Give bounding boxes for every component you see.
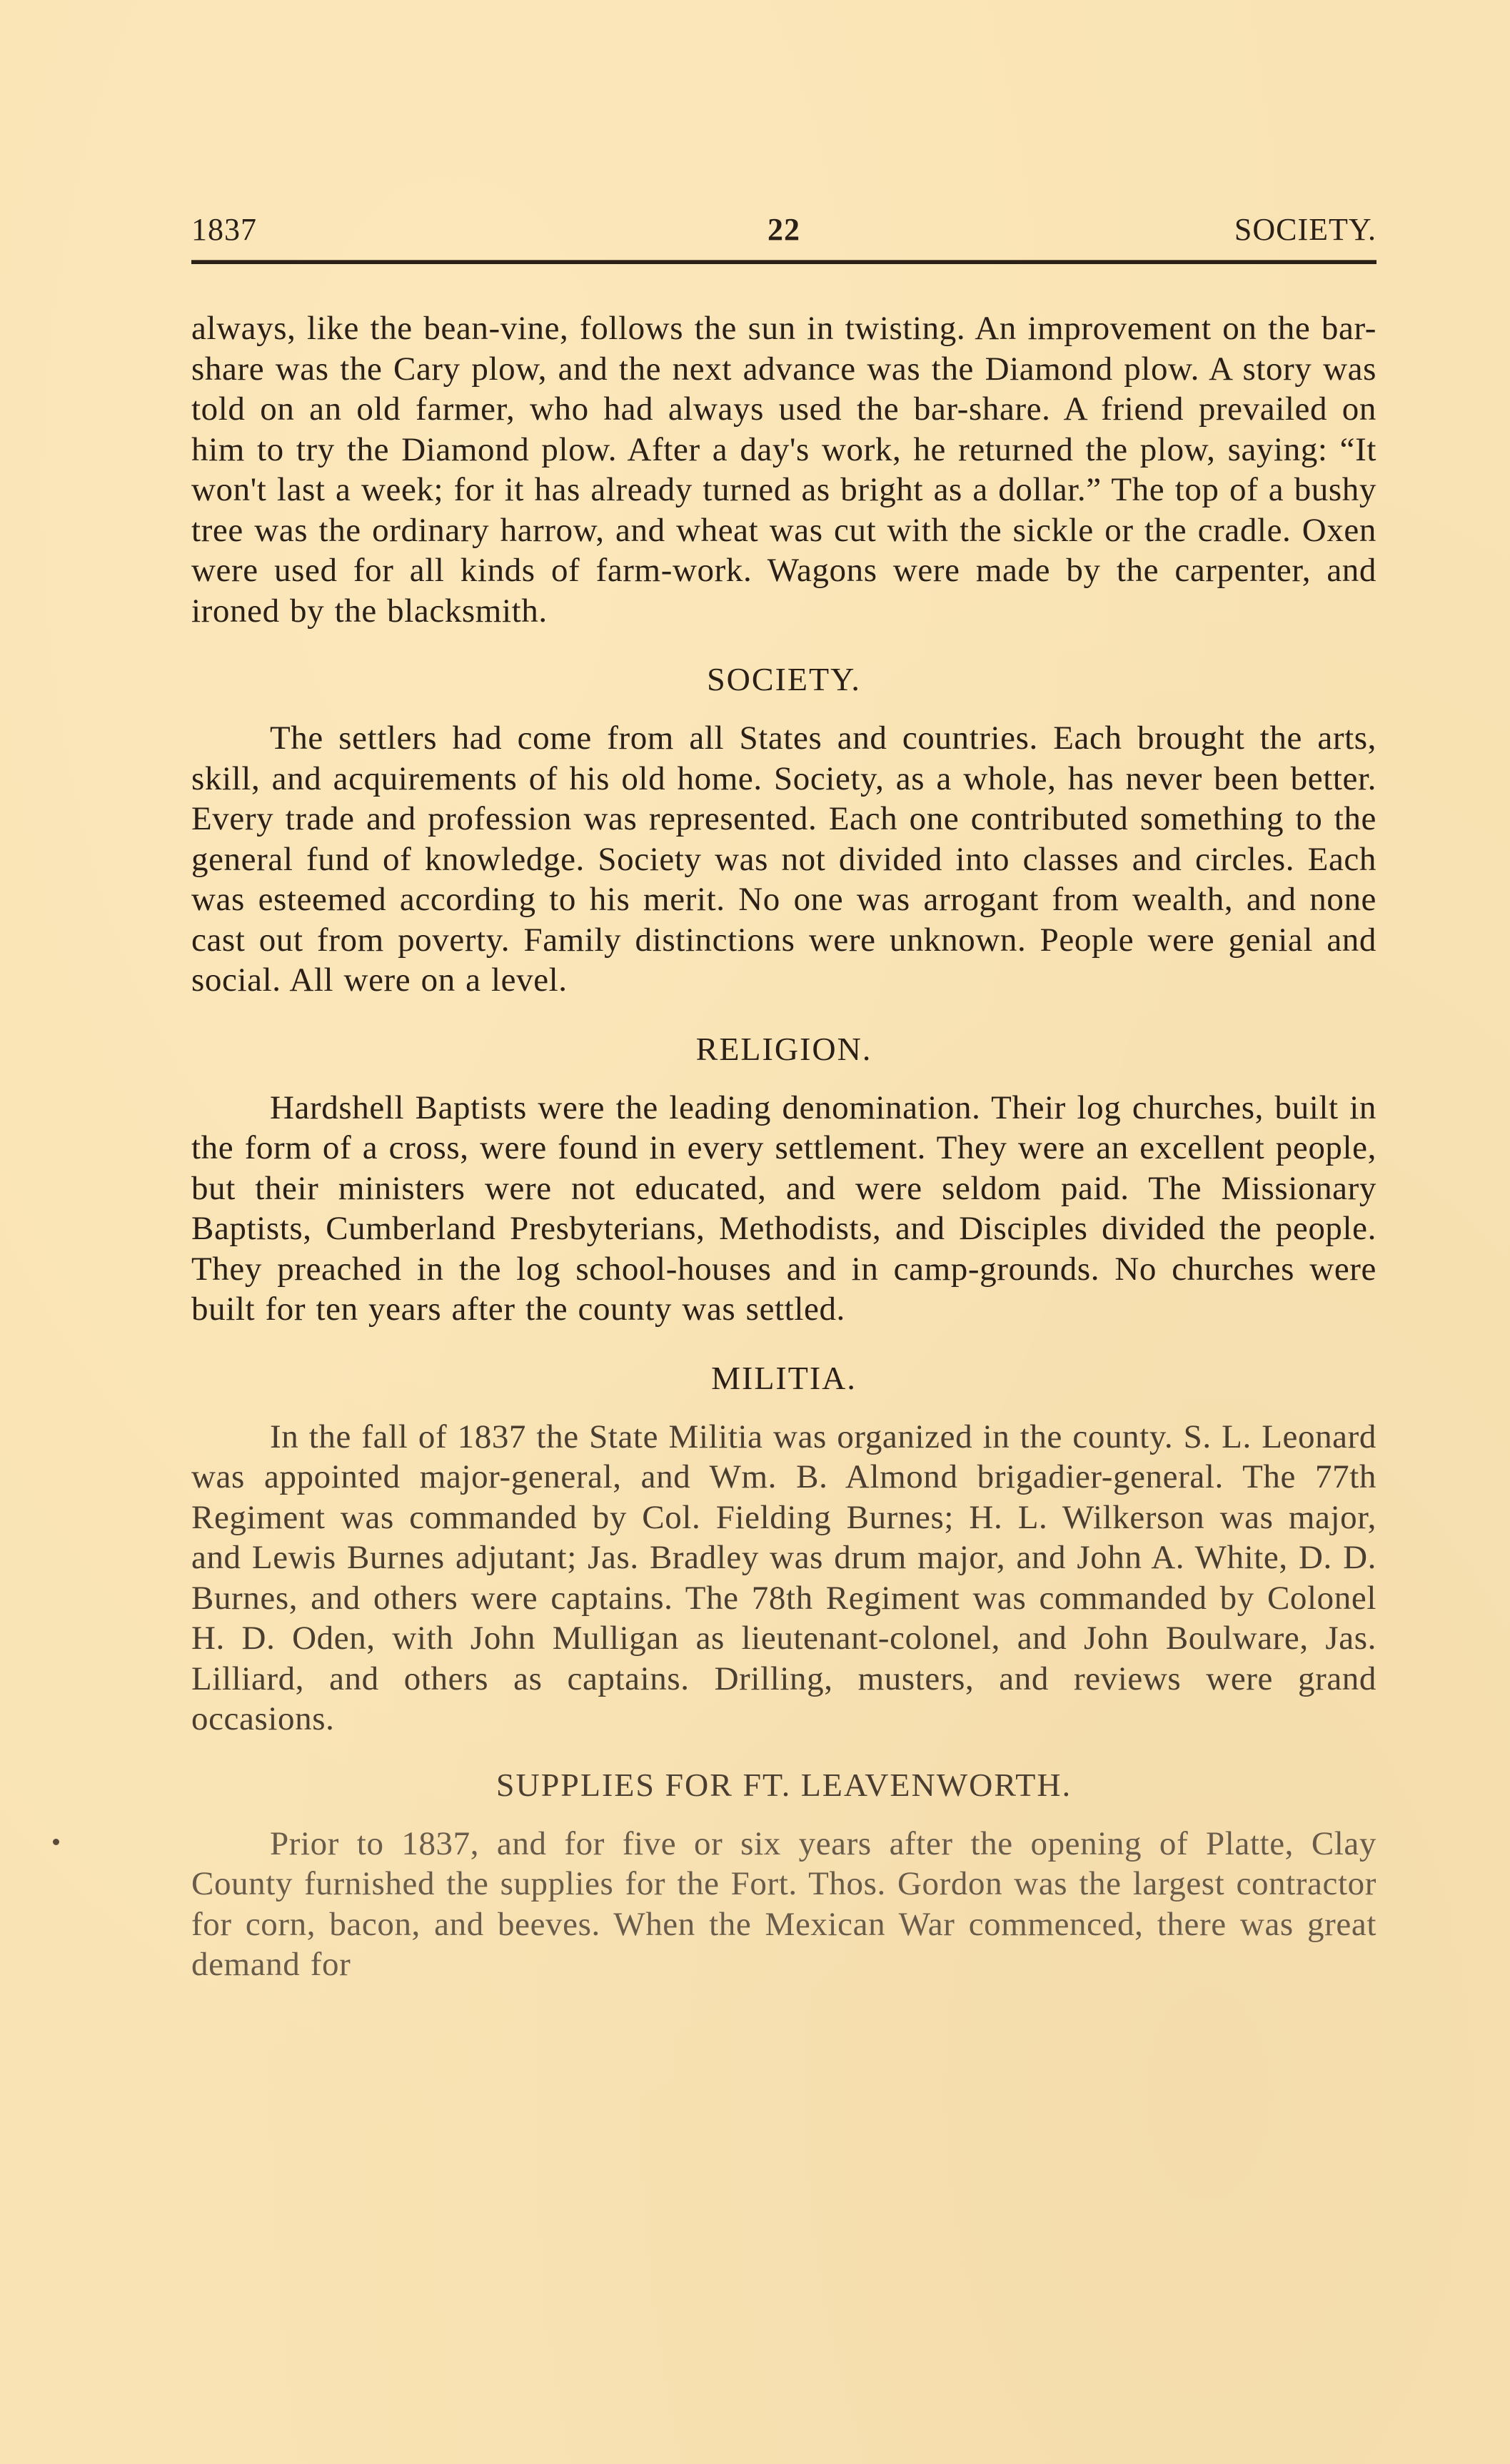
book-page: 1837 22 SOCIETY. always, like the bean-v… bbox=[191, 211, 1376, 1985]
section-heading-supplies: SUPPLIES FOR FT. LEAVENWORTH. bbox=[191, 1765, 1376, 1805]
continuation-paragraph: always, like the bean-vine, follows the … bbox=[191, 308, 1376, 631]
paragraph-religion: Hardshell Baptists were the leading deno… bbox=[191, 1088, 1376, 1330]
page-body: always, like the bean-vine, follows the … bbox=[191, 308, 1376, 1985]
section-heading-society: SOCIETY. bbox=[191, 660, 1376, 700]
paragraph-militia: In the fall of 1837 the State Militia wa… bbox=[191, 1417, 1376, 1740]
running-head: 1837 22 SOCIETY. bbox=[191, 211, 1376, 254]
section-heading-religion: RELIGION. bbox=[191, 1029, 1376, 1069]
page-number: 22 bbox=[767, 211, 800, 248]
paragraph-society: The settlers had come from all States an… bbox=[191, 718, 1376, 1001]
section-heading-militia: MILITIA. bbox=[191, 1358, 1376, 1398]
running-head-year: 1837 bbox=[191, 211, 257, 248]
header-rule bbox=[191, 260, 1376, 264]
running-head-title: SOCIETY. bbox=[1234, 211, 1376, 248]
paragraph-supplies: Prior to 1837, and for five or six years… bbox=[191, 1824, 1376, 1985]
margin-ink-spot bbox=[53, 1839, 59, 1845]
